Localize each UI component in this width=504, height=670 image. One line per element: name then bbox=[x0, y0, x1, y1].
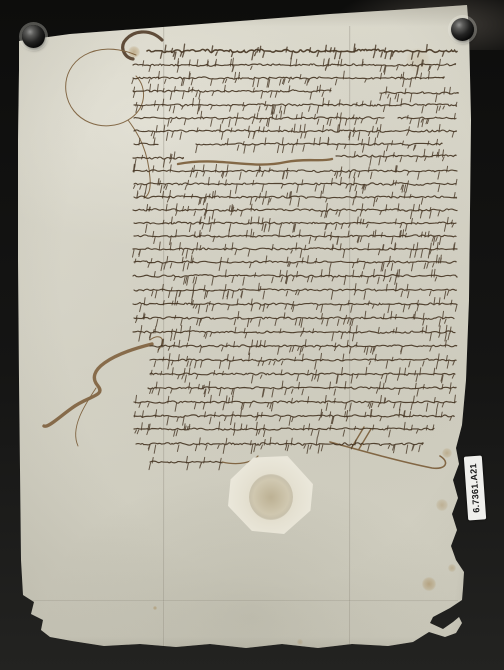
paper-edge-shading bbox=[0, 0, 504, 670]
stain-spot bbox=[436, 499, 448, 511]
vertical-fold-crease bbox=[349, 26, 351, 648]
stain-spot bbox=[153, 606, 157, 610]
archive-shelfmark-sticker: 6.7361.A21 bbox=[464, 455, 486, 520]
manuscript-paper-sheet bbox=[0, 0, 504, 670]
grommet-fastener bbox=[451, 18, 474, 41]
archive-shelfmark-label: 6.7361.A21 bbox=[468, 463, 481, 513]
stain-spot bbox=[406, 48, 430, 72]
vertical-fold-crease bbox=[163, 26, 165, 648]
stain-spot bbox=[442, 448, 452, 458]
stain-spot bbox=[422, 577, 436, 591]
stain-spot bbox=[297, 639, 303, 645]
stain-spot bbox=[128, 46, 140, 58]
archival-document-photograph: 1555 IV 16 6.7361.A21 bbox=[0, 0, 504, 670]
grommet-fastener bbox=[22, 25, 45, 48]
stain-spot bbox=[448, 564, 456, 572]
stain-spot bbox=[451, 544, 459, 552]
horizontal-fold-crease bbox=[20, 600, 458, 602]
